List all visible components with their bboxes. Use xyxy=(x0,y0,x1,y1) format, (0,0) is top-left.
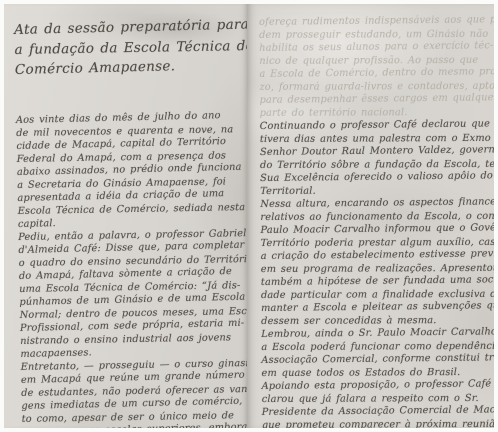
handwritten-line: Lembrou, ainda o Sr. Paulo Moacir Carval… xyxy=(261,325,494,341)
handwritten-line: Senhor Doutor Raul Montero Valdez, gover… xyxy=(260,143,493,159)
handwritten-line: também a hipótese de ser fundada uma soc… xyxy=(261,273,494,289)
right-page-text: ofereça rudimentos indispensáveis aos qu… xyxy=(259,14,494,428)
handwritten-line: Continuando o professor Café declarou qu… xyxy=(260,117,493,133)
handwritten-line: para desempenhar êsses cargos em qualque… xyxy=(260,91,493,107)
handwritten-line: Comércio Amapaense. xyxy=(15,55,246,80)
handwritten-line: Paulo Moacir Carvalho informou que o Gov… xyxy=(260,221,493,237)
left-page-text: Ata da sessão preparatória paraa fundaçã… xyxy=(14,16,247,428)
handwritten-line: manter a Escola e pleitear as subvenções… xyxy=(261,299,494,315)
handwritten-line: Presidente da Associação Comercial de Ma… xyxy=(262,403,494,419)
handwritten-line: Apoiando esta proposição, o professor Ca… xyxy=(262,377,494,393)
document-title: Ata da sessão preparatória paraa fundaçã… xyxy=(14,16,246,80)
manuscript-page-left: Ata da sessão preparatória paraa fundaçã… xyxy=(4,4,247,428)
handwritten-line: que prometeu comparecer à próxima reuniã… xyxy=(262,418,494,428)
handwritten-line: a criação do estabelecimento estivesse p… xyxy=(261,247,494,263)
right-page-body: ofereça rudimentos indispensáveis aos qu… xyxy=(259,14,494,428)
document-scan: Ata da sessão preparatória paraa fundaçã… xyxy=(4,4,494,428)
manuscript-page-right: ofereça rudimentos indispensáveis aos qu… xyxy=(247,4,494,428)
handwritten-line: ofereça rudimentos indispensáveis aos qu… xyxy=(259,13,492,29)
handwritten-line: a Escola de Comércio, dentro do mesmo pr… xyxy=(259,65,492,81)
handwritten-line: habilita os seus alunos para o exercício… xyxy=(259,39,492,55)
handwritten-line: Sua Excelência oferecido o valioso apôio… xyxy=(260,169,493,185)
left-page-body: Aos vinte dias do mês de julho do anode … xyxy=(16,110,247,428)
handwritten-line: Associação Comercial, conforme constitui… xyxy=(261,351,494,367)
handwritten-line: Nessa altura, encarando os aspectos fina… xyxy=(260,195,493,211)
